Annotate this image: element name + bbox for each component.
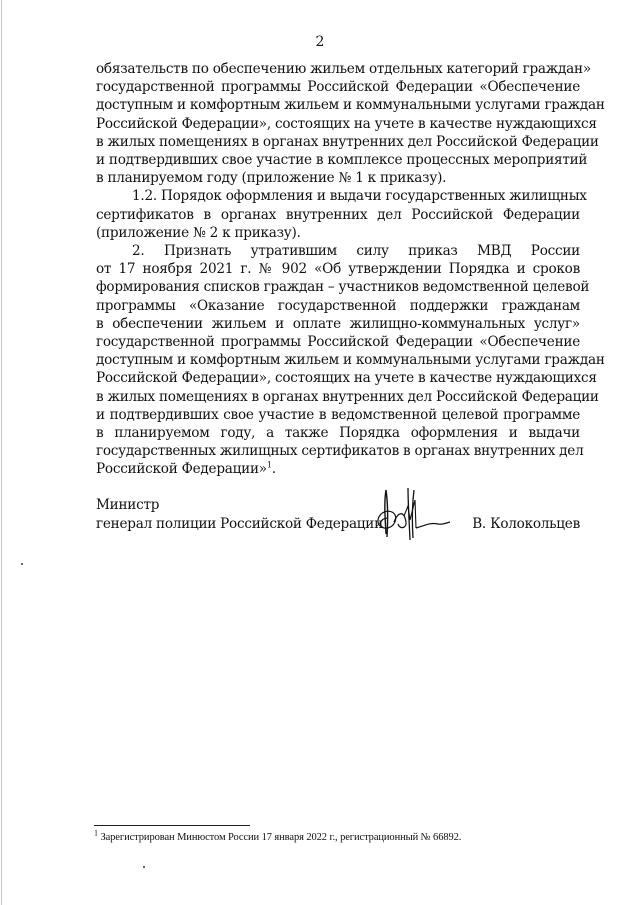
signature-block: Министр генерал полиции Российской Федер…: [96, 496, 580, 536]
footnote-text: Зарегистрирован Минюстом России 17 январ…: [100, 832, 461, 843]
signatory-rank: генерал полиции Российской Федерации: [96, 515, 383, 534]
text-line: и подтвердивших свое участие в комплексе…: [96, 151, 580, 169]
text-line: программы «Оказание государственной подд…: [96, 297, 580, 315]
text-line: от 17 ноября 2021 г. № 902 «Об утвержден…: [96, 260, 580, 278]
text-line: и подтвердивших свое участие в ведомстве…: [96, 406, 580, 424]
signatory-name: В. Колокольцев: [472, 515, 580, 534]
page-number: 2: [0, 34, 640, 50]
footnote: 1 Зарегистрирован Минюстом России 17 янв…: [94, 832, 461, 843]
document-body: обязательств по обеспечению жильем отдел…: [96, 60, 580, 479]
signatory-title: Министр: [96, 496, 159, 515]
footnote-marker: 1: [94, 829, 98, 838]
text-line: доступным и комфортным жильем и коммунал…: [96, 96, 580, 114]
text-line: государственных жилищных сертификатов в …: [96, 442, 580, 460]
scan-artifact: [21, 563, 23, 565]
text-line-final: Российской Федерации»1.: [96, 460, 580, 478]
text-line: в жилых помещениях в органах внутренних …: [96, 133, 580, 151]
text-line: формирования списков граждан – участнико…: [96, 278, 580, 296]
footnote-separator: [94, 825, 250, 826]
text-line: в планируемом году, а также Порядка офор…: [96, 424, 580, 442]
text-line: в обеспечении жильем и оплате жилищно-ко…: [96, 315, 580, 333]
text-line: доступным и комфортным жильем и коммунал…: [96, 351, 580, 369]
text-line: в планируемом году (приложение № 1 к при…: [96, 169, 580, 187]
text-line: государственной программы Российской Фед…: [96, 333, 580, 351]
text-line: (приложение № 2 к приказу).: [96, 224, 580, 242]
text-line: Российской Федерации», состоящих на учет…: [96, 115, 580, 133]
text-line: государственной программы Российской Фед…: [96, 78, 580, 96]
scan-artifact: [143, 866, 145, 868]
text-line: Российской Федерации», состоящих на учет…: [96, 369, 580, 387]
text-line: в жилых помещениях в органах внутренних …: [96, 388, 580, 406]
text-line: сертификатов в органах внутренних дел Ро…: [96, 206, 580, 224]
paragraph-1-2: 1.2. Порядок оформления и выдачи государ…: [96, 187, 580, 242]
paragraph-1: обязательств по обеспечению жильем отдел…: [96, 60, 580, 187]
text-line: обязательств по обеспечению жильем отдел…: [96, 60, 580, 78]
handwritten-signature: [372, 482, 454, 542]
text-line: Российской Федерации»: [96, 461, 267, 477]
scan-edge: [1, 0, 2, 905]
text-line: 2. Признать утратившим силу приказ МВД Р…: [96, 242, 580, 260]
paragraph-2: 2. Признать утратившим силу приказ МВД Р…: [96, 242, 580, 479]
text-line: 1.2. Порядок оформления и выдачи государ…: [96, 187, 580, 205]
document-page: 2 обязательств по обеспечению жильем отд…: [0, 0, 640, 905]
sentence-end: .: [272, 461, 276, 477]
